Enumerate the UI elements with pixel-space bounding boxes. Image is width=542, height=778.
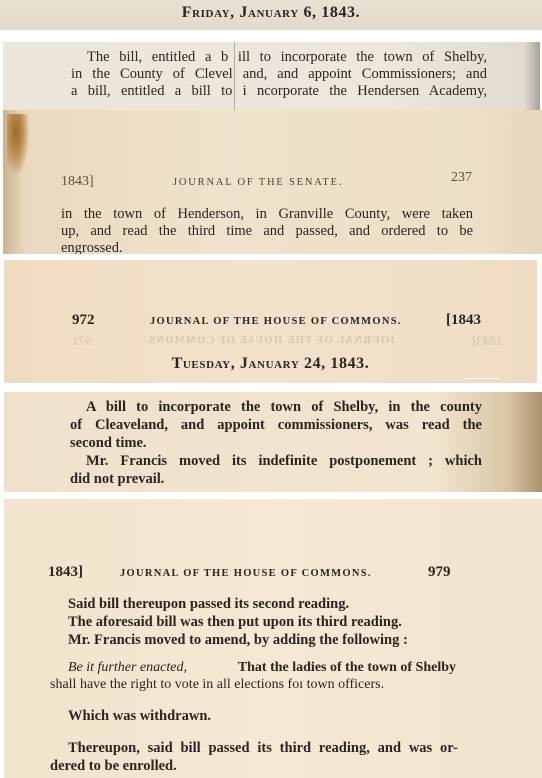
text-line: Mr. Francis moved to amend, by adding th… bbox=[68, 631, 408, 649]
amendment-text: That the ladies of the town of Shelby bbox=[238, 659, 456, 676]
running-head-title: JOURNAL OF THE HOUSE OF COMMONS. bbox=[120, 568, 372, 579]
text-line: The bill, entitled a b ill to incorporat… bbox=[87, 49, 487, 66]
scan-artifact bbox=[465, 378, 499, 379]
running-head-year: 1843] bbox=[61, 174, 94, 190]
withdrawn-line: Which was withdrawn. bbox=[68, 708, 211, 725]
senate-bill-strip: The bill, entitled a b ill to incorporat… bbox=[3, 42, 540, 110]
amendment-first-line: Be it further enacted, That the ladies o… bbox=[68, 659, 456, 676]
house-header-strip: 972 JOURNAL OF THE HOUSE OF COMMONS. [18… bbox=[4, 260, 537, 383]
running-head-title: JOURNAL OF THE HOUSE OF COMMONS. bbox=[150, 316, 402, 327]
bleed-through-year: 1843] bbox=[472, 333, 502, 349]
amendment-lead: Be it further enacted, bbox=[68, 659, 187, 676]
page-number: 972 bbox=[72, 312, 95, 329]
running-head-title: JOURNAL OF THE SENATE. bbox=[173, 177, 343, 188]
senate-date-heading: Friday, January 6, 1843. bbox=[0, 4, 542, 22]
senate-journal-strip: 1843] JOURNAL OF THE SENATE. 237 in the … bbox=[3, 110, 542, 254]
closing-line: dered to be enrolled. bbox=[50, 757, 177, 775]
text-line: did not prevail. bbox=[70, 470, 164, 488]
page-number: 237 bbox=[451, 170, 472, 186]
senate-date-strip: Friday, January 6, 1843. bbox=[0, 0, 542, 30]
house-date-heading: Tuesday, January 24, 1843. bbox=[4, 355, 537, 373]
water-stain bbox=[7, 114, 29, 174]
text-line: in the County of Clevel and, and appoint… bbox=[71, 66, 487, 83]
text-line: in the town of Henderson, in Granville C… bbox=[61, 206, 473, 223]
text-line: Mr. Francis moved its indefinite postpon… bbox=[86, 452, 482, 470]
closing-line: Thereupon, said bill passed its third re… bbox=[68, 739, 458, 757]
text-line: a bill, entitled a bill to i ncorporate … bbox=[71, 83, 487, 100]
text-line: The aforesaid bill was then put upon its… bbox=[68, 613, 402, 631]
house-second-reading-strip: A bill to incorporate the town of Shelby… bbox=[4, 392, 542, 492]
running-head-year: [1843 bbox=[446, 312, 481, 329]
text-line: Said bill thereupon passed its second re… bbox=[68, 595, 349, 613]
text-line: of Cleaveland, and appoint commissioners… bbox=[70, 416, 482, 434]
amendment-second-line: shall have the right to vote in all elec… bbox=[50, 676, 384, 693]
text-line: up, and read the third time and passed, … bbox=[61, 223, 473, 240]
bleed-through-running-head: JOURNAL OF THE HOUSE OF COMMONS. bbox=[144, 335, 396, 346]
page-number: 979 bbox=[428, 564, 451, 581]
text-line: second time. bbox=[70, 434, 147, 452]
bleed-through-page-number: 971 bbox=[72, 333, 92, 349]
running-head-year: 1843] bbox=[48, 564, 83, 581]
text-line: engrossed. bbox=[61, 240, 123, 254]
text-line: A bill to incorporate the town of Shelby… bbox=[86, 398, 482, 416]
house-third-reading-strip: 1843] JOURNAL OF THE HOUSE OF COMMONS. 9… bbox=[4, 499, 542, 778]
